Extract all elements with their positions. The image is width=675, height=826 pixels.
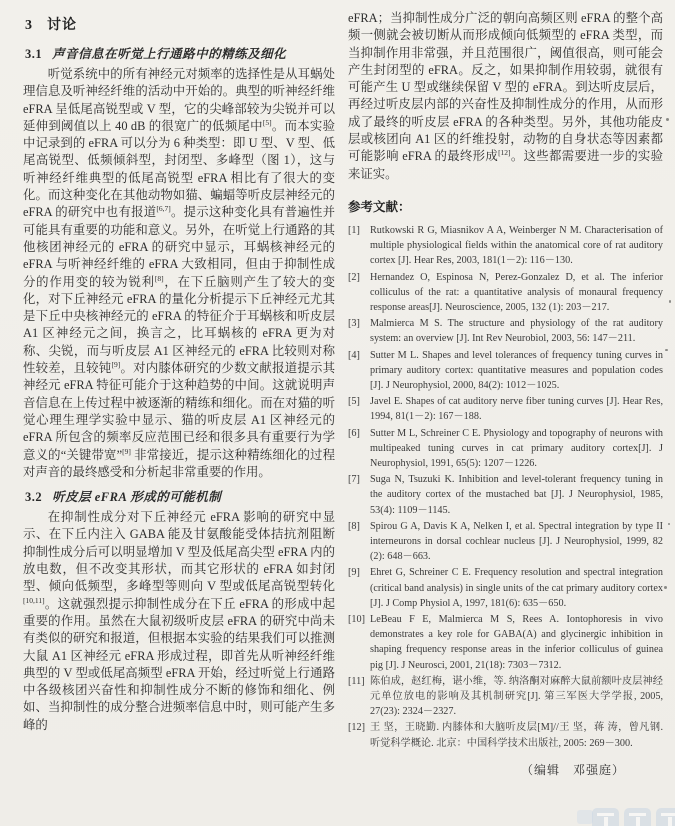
reference-text: Sutter M L, Schreiner C E. Physiology an…: [370, 426, 663, 472]
reference-text: Javel E. Shapes of cat auditory nerve fi…: [370, 394, 663, 424]
reference-item: [11]陈伯成，赵红梅，谌小维，等. 纳洛酮对麻醉大鼠前额叶皮层神经元单位放电的…: [348, 674, 663, 720]
watermark-block: [592, 808, 619, 826]
citation-superscript: [12]: [498, 148, 511, 157]
two-column-layout: 3讨论 3.1声音信息在听觉上行通路中的精练及细化 听觉系统中的所有神经元对频率…: [23, 10, 663, 778]
reference-item: [1]Rutkowski R G, Miasnikov A A, Weinber…: [348, 223, 663, 269]
reference-label: [5]: [348, 394, 370, 409]
scan-speck: [665, 349, 668, 351]
citation-superscript: [5]: [263, 118, 272, 127]
subsection-title-2: 听皮层 eFRA 形成的可能机制: [52, 490, 221, 504]
reference-label: [11]: [348, 674, 370, 689]
references-list: [1]Rutkowski R G, Miasnikov A A, Weinber…: [348, 223, 663, 751]
references-heading: 参考文献：: [348, 197, 663, 215]
scan-speck: [666, 118, 669, 121]
reference-label: [7]: [348, 472, 370, 487]
paragraph-continuation: eFRA；当抑制性成分广泛的朝向高频区则 eFRA 的整个高频一侧就会被切断从而…: [348, 10, 663, 183]
subsection-title-1: 声音信息在听觉上行通路中的精练及细化: [52, 47, 286, 61]
reference-text: Ehret G, Schreiner C E. Frequency resolu…: [370, 565, 663, 611]
scan-speck: [664, 586, 667, 589]
reference-text: Hernandez O, Espinosa N, Perez-Gonzalez …: [370, 270, 663, 316]
reference-text: Sutter M L. Shapes and level tolerances …: [370, 348, 663, 394]
reference-item: [9]Ehret G, Schreiner C E. Frequency res…: [348, 565, 663, 611]
reference-label: [8]: [348, 519, 370, 534]
scan-speck: [668, 523, 670, 525]
editor-note: （编辑 邓强庭）: [348, 761, 625, 778]
reference-item: [6]Sutter M L, Schreiner C E. Physiology…: [348, 426, 663, 472]
reference-label: [1]: [348, 223, 370, 238]
reference-label: [9]: [348, 565, 370, 580]
reference-text: Spirou G A, Davis K A, Nelken I, et al. …: [370, 519, 663, 565]
reference-text: 王 坚，王晓勤. 内膝体和大脑听皮层[M]//王 坚，蒋 涛，曾凡钢. 听觉科学…: [370, 720, 663, 750]
scan-speck: [669, 300, 671, 303]
watermark-block: [624, 808, 651, 826]
citation-superscript: [8]: [155, 273, 164, 282]
citation-superscript: [9]: [111, 360, 120, 369]
reference-item: [7]Suga N, Tsuzuki K. Inhibition and lev…: [348, 472, 663, 518]
watermark-block: [656, 808, 675, 826]
paper-page: 3讨论 3.1声音信息在听觉上行通路中的精练及细化 听觉系统中的所有神经元对频率…: [0, 0, 675, 826]
reference-label: [12]: [348, 720, 370, 735]
citation-superscript: [6,7]: [156, 204, 170, 213]
subsection-heading-1: 3.1声音信息在听觉上行通路中的精练及细化: [25, 44, 335, 62]
subsection-number-1: 3.1: [25, 47, 42, 61]
citation-superscript: [9]: [122, 446, 131, 455]
reference-item: [3]Malmierca M S. The structure and phys…: [348, 316, 663, 346]
reference-text: 陈伯成，赵红梅，谌小维，等. 纳洛酮对麻醉大鼠前额叶皮层神经元单位放电的影响及其…: [370, 674, 663, 720]
reference-label: [2]: [348, 270, 370, 285]
reference-label: [10]: [348, 612, 370, 627]
reference-text: LeBeau F E, Malmierca M S, Rees A. Ionto…: [370, 612, 663, 673]
reference-item: [2]Hernandez O, Espinosa N, Perez-Gonzal…: [348, 270, 663, 316]
reference-item: [5]Javel E. Shapes of cat auditory nerve…: [348, 394, 663, 424]
watermark-fragment: [577, 810, 593, 824]
citation-superscript: [10,11]: [23, 595, 45, 604]
reference-item: [12]王 坚，王晓勤. 内膝体和大脑听皮层[M]//王 坚，蒋 涛，曾凡钢. …: [348, 720, 663, 750]
reference-item: [10]LeBeau F E, Malmierca M S, Rees A. I…: [348, 612, 663, 673]
reference-text: Suga N, Tsuzuki K. Inhibition and level-…: [370, 472, 663, 518]
reference-label: [6]: [348, 426, 370, 441]
subsection-heading-2: 3.2听皮层 eFRA 形成的可能机制: [25, 487, 335, 505]
reference-label: [4]: [348, 348, 370, 363]
reference-text: Rutkowski R G, Miasnikov A A, Weinberger…: [370, 223, 663, 269]
watermark: [592, 808, 675, 826]
section-number: 3: [25, 18, 33, 33]
reference-text: Malmierca M S. The structure and physiol…: [370, 316, 663, 346]
reference-item: [8]Spirou G A, Davis K A, Nelken I, et a…: [348, 519, 663, 565]
section-title: 讨论: [47, 18, 77, 33]
paragraph-discussion-1: 听觉系统中的所有神经元对频率的选择性是从耳蜗处理信息及听神经纤维的活动中开始的。…: [23, 66, 335, 481]
left-column: 3讨论 3.1声音信息在听觉上行通路中的精练及细化 听觉系统中的所有神经元对频率…: [23, 10, 335, 778]
paragraph-discussion-2: 在抑制性成分对下丘神经元 eFRA 影响的研究中显示、在下丘内注入 GABA 能…: [23, 509, 335, 734]
reference-label: [3]: [348, 316, 370, 331]
subsection-number-2: 3.2: [25, 490, 42, 504]
reference-item: [4]Sutter M L. Shapes and level toleranc…: [348, 348, 663, 394]
right-column: eFRA；当抑制性成分广泛的朝向高频区则 eFRA 的整个高频一侧就会被切断从而…: [348, 10, 663, 778]
section-heading: 3讨论: [25, 14, 335, 34]
